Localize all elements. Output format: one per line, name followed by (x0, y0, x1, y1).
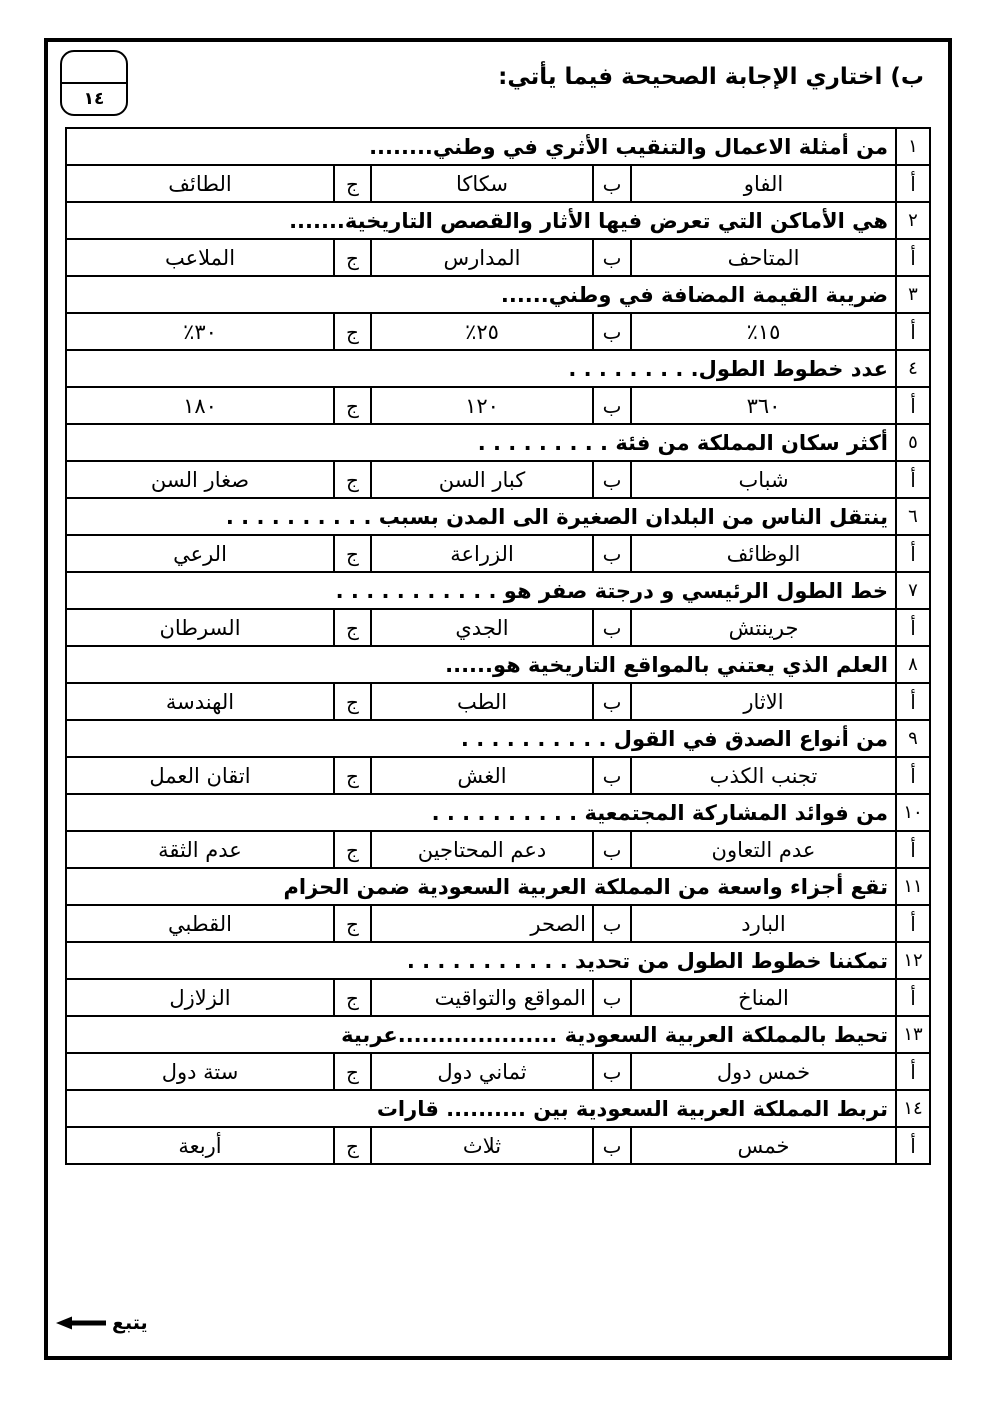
option-label: ج (334, 831, 371, 868)
option-label: ب (593, 979, 631, 1016)
option-label: ج (334, 387, 371, 424)
option-text: عدم الثقة (66, 831, 334, 868)
question-text: ضريبة القيمة المضافة في وطني...... (66, 276, 896, 313)
option-text: الملاعب (66, 239, 334, 276)
options-row: أجرينتشبالجديجالسرطان (66, 609, 930, 646)
option-label: ب (593, 535, 631, 572)
question-row: ٣ضريبة القيمة المضافة في وطني...... (66, 276, 930, 313)
option-label: ب (593, 1127, 631, 1164)
option-text: ١٢٠ (371, 387, 593, 424)
options-row: أالفاوبسكاكاجالطائف (66, 165, 930, 202)
options-row: أخمسبثلاثجأربعة (66, 1127, 930, 1164)
option-label: ج (334, 165, 371, 202)
option-text: المواقع والتواقيت (371, 979, 593, 1016)
questions-table-body: ١من أمثلة الاعمال والتنقيب الأثري في وطن… (66, 128, 930, 1164)
option-text: الطائف (66, 165, 334, 202)
option-text: الفاو (631, 165, 896, 202)
option-label: ب (593, 905, 631, 942)
option-text: ٣٦٠ (631, 387, 896, 424)
left-arrow-icon (56, 1315, 106, 1331)
question-row: ٦ينتقل الناس من البلدان الصغيرة الى المد… (66, 498, 930, 535)
option-text: دعم المحتاجين (371, 831, 593, 868)
page-number: ١٤ (62, 84, 126, 114)
option-text: أربعة (66, 1127, 334, 1164)
question-number: ١٢ (896, 942, 930, 979)
options-row: أخمس دولبثماني دولجستة دول (66, 1053, 930, 1090)
option-text: المدارس (371, 239, 593, 276)
option-text: ثماني دول (371, 1053, 593, 1090)
option-label: أ (896, 831, 930, 868)
question-text: أكثر سكان المملكة من فئة . . . . . . . .… (66, 424, 896, 461)
option-label: ب (593, 239, 631, 276)
question-text: عدد خطوط الطول. . . . . . . . . (66, 350, 896, 387)
option-text: الوظائف (631, 535, 896, 572)
question-number: ١١ (896, 868, 930, 905)
continue-marker: يتبع (56, 1312, 148, 1334)
question-number: ١٣ (896, 1016, 930, 1053)
option-text: شباب (631, 461, 896, 498)
options-row: أالاثاربالطبجالهندسة (66, 683, 930, 720)
option-label: ب (593, 313, 631, 350)
option-text: السرطان (66, 609, 334, 646)
option-label: ج (334, 461, 371, 498)
option-label: ج (334, 683, 371, 720)
question-row: ١٤تربط المملكة العربية السعودية بين ....… (66, 1090, 930, 1127)
option-label: أ (896, 1053, 930, 1090)
question-number: ١٤ (896, 1090, 930, 1127)
question-number: ٨ (896, 646, 930, 683)
option-text: سكاكا (371, 165, 593, 202)
option-label: ج (334, 757, 371, 794)
option-label: ج (334, 609, 371, 646)
option-text: الطب (371, 683, 593, 720)
option-text: البارد (631, 905, 896, 942)
question-text: من أنواع الصدق في القول . . . . . . . . … (66, 720, 896, 757)
option-text: صغار السن (66, 461, 334, 498)
option-label: ب (593, 387, 631, 424)
option-text: الاثار (631, 683, 896, 720)
options-row: أشباببكبار السنجصغار السن (66, 461, 930, 498)
page-number-box: ١٤ (60, 50, 128, 116)
question-row: ٤عدد خطوط الطول. . . . . . . . . (66, 350, 930, 387)
option-label: أ (896, 165, 930, 202)
option-text: جرينتش (631, 609, 896, 646)
option-label: أ (896, 757, 930, 794)
option-label: ج (334, 1127, 371, 1164)
question-row: ١١تقع أجزاء واسعة من المملكة العربية الس… (66, 868, 930, 905)
option-label: أ (896, 313, 930, 350)
options-row: أالمناخبالمواقع والتواقيتجالزلازل (66, 979, 930, 1016)
option-label: أ (896, 609, 930, 646)
option-label: ج (334, 535, 371, 572)
option-text: ٢٥٪ (371, 313, 593, 350)
option-label: ب (593, 683, 631, 720)
question-row: ١٢تمكننا خطوط الطول من تحديد . . . . . .… (66, 942, 930, 979)
question-text: تربط المملكة العربية السعودية بين ......… (66, 1090, 896, 1127)
option-label: أ (896, 683, 930, 720)
question-text: ينتقل الناس من البلدان الصغيرة الى المدن… (66, 498, 896, 535)
question-row: ٥أكثر سكان المملكة من فئة . . . . . . . … (66, 424, 930, 461)
question-row: ١من أمثلة الاعمال والتنقيب الأثري في وطن… (66, 128, 930, 165)
option-text: كبار السن (371, 461, 593, 498)
question-row: ١٠من فوائد المشاركة المجتمعية . . . . . … (66, 794, 930, 831)
question-text: خط الطول الرئيسي و درجتة صفر هو . . . . … (66, 572, 896, 609)
options-row: أتجنب الكذببالغشجاتقان العمل (66, 757, 930, 794)
question-text: تقع أجزاء واسعة من المملكة العربية السعو… (66, 868, 896, 905)
options-row: أ٣٦٠ب١٢٠ج١٨٠ (66, 387, 930, 424)
continue-label: يتبع (112, 1312, 148, 1334)
question-text: تحيط بالمملكة العربية السعودية .........… (66, 1016, 896, 1053)
option-label: أ (896, 979, 930, 1016)
option-text: عدم التعاون (631, 831, 896, 868)
section-header: ب) اختاري الإجابة الصحيحة فيما يأتي: (498, 64, 924, 90)
option-text: الهندسة (66, 683, 334, 720)
options-row: أالوظائفبالزراعةجالرعي (66, 535, 930, 572)
option-label: ج (334, 1053, 371, 1090)
questions-table: ١من أمثلة الاعمال والتنقيب الأثري في وطن… (65, 127, 931, 1165)
option-label: ج (334, 905, 371, 942)
option-text: ١٨٠ (66, 387, 334, 424)
option-label: ج (334, 313, 371, 350)
question-number: ٥ (896, 424, 930, 461)
question-number: ٧ (896, 572, 930, 609)
option-label: ج (334, 239, 371, 276)
question-row: ٨العلم الذي يعتني بالمواقع التاريخية هو.… (66, 646, 930, 683)
question-number: ١ (896, 128, 930, 165)
option-text: الغش (371, 757, 593, 794)
question-row: ٢هي الأماكن التي تعرض فيها الأثار والقصص… (66, 202, 930, 239)
option-text: القطبي (66, 905, 334, 942)
option-text: اتقان العمل (66, 757, 334, 794)
question-text: هي الأماكن التي تعرض فيها الأثار والقصص … (66, 202, 896, 239)
question-row: ٩من أنواع الصدق في القول . . . . . . . .… (66, 720, 930, 757)
option-text: خمس (631, 1127, 896, 1164)
option-text: ستة دول (66, 1053, 334, 1090)
question-number: ٤ (896, 350, 930, 387)
option-text: الزلازل (66, 979, 334, 1016)
option-text: الجدي (371, 609, 593, 646)
option-text: الزراعة (371, 535, 593, 572)
options-row: أعدم التعاونبدعم المحتاجينجعدم الثقة (66, 831, 930, 868)
options-row: أ١٥٪ب٢٥٪ج٣٠٪ (66, 313, 930, 350)
page-number-box-top (62, 52, 126, 84)
option-text: خمس دول (631, 1053, 896, 1090)
option-text: ١٥٪ (631, 313, 896, 350)
options-row: أالمتاحفبالمدارسجالملاعب (66, 239, 930, 276)
question-number: ٩ (896, 720, 930, 757)
option-label: أ (896, 387, 930, 424)
option-text: الرعي (66, 535, 334, 572)
option-label: ب (593, 831, 631, 868)
question-text: العلم الذي يعتني بالمواقع التاريخية هو..… (66, 646, 896, 683)
option-text: المناخ (631, 979, 896, 1016)
option-label: ب (593, 609, 631, 646)
option-label: أ (896, 461, 930, 498)
question-text: من فوائد المشاركة المجتمعية . . . . . . … (66, 794, 896, 831)
option-label: ب (593, 461, 631, 498)
question-number: ٣ (896, 276, 930, 313)
question-number: ٦ (896, 498, 930, 535)
option-text: ٣٠٪ (66, 313, 334, 350)
option-text: المتاحف (631, 239, 896, 276)
question-text: من أمثلة الاعمال والتنقيب الأثري في وطني… (66, 128, 896, 165)
option-label: أ (896, 1127, 930, 1164)
option-label: أ (896, 905, 930, 942)
options-row: أالباردبالصحرجالقطبي (66, 905, 930, 942)
option-label: أ (896, 239, 930, 276)
option-label: ب (593, 165, 631, 202)
option-label: أ (896, 535, 930, 572)
question-number: ١٠ (896, 794, 930, 831)
question-text: تمكننا خطوط الطول من تحديد . . . . . . .… (66, 942, 896, 979)
option-text: ثلاث (371, 1127, 593, 1164)
option-text: الصحر (371, 905, 593, 942)
question-row: ٧خط الطول الرئيسي و درجتة صفر هو . . . .… (66, 572, 930, 609)
option-label: ب (593, 757, 631, 794)
option-label: ب (593, 1053, 631, 1090)
question-row: ١٣تحيط بالمملكة العربية السعودية .......… (66, 1016, 930, 1053)
question-number: ٢ (896, 202, 930, 239)
option-label: ج (334, 979, 371, 1016)
option-text: تجنب الكذب (631, 757, 896, 794)
